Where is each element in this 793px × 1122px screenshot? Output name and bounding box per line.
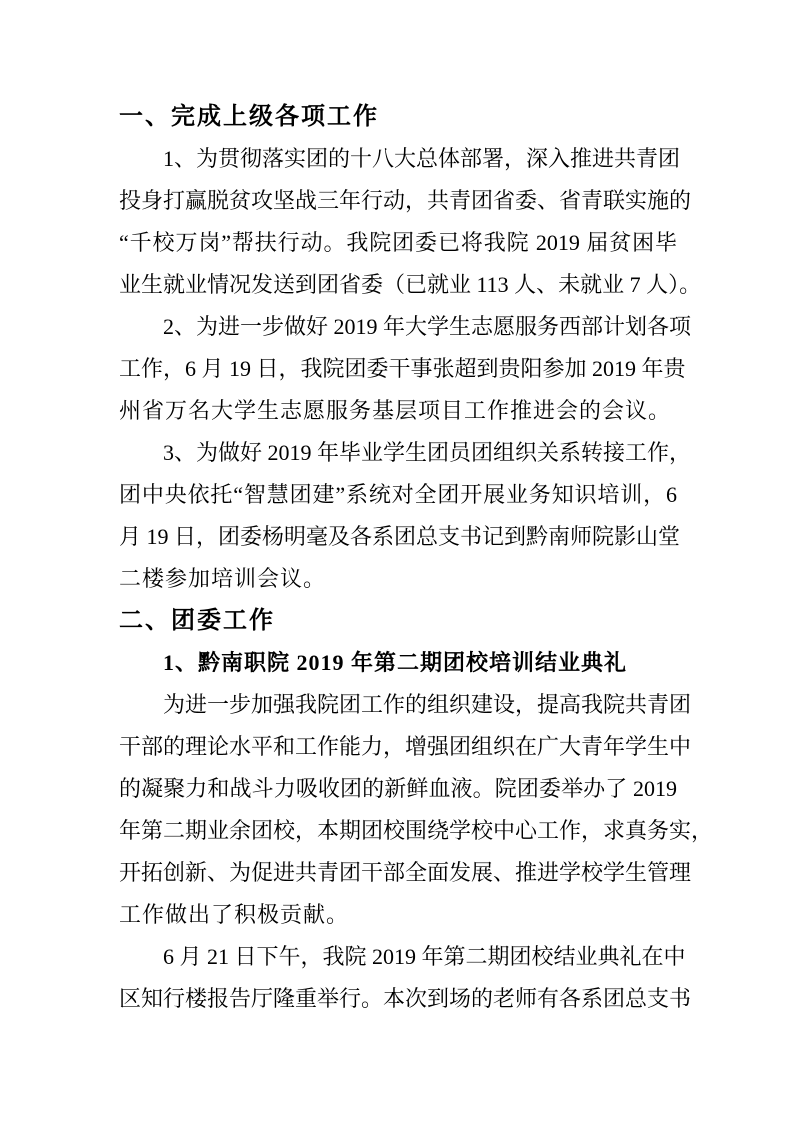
s2-para-2-line-2: 区知行楼报告厅隆重举行。本次到场的老师有各系团总支书 — [119, 978, 677, 1020]
text-block: 一、完成上级各项工作 1、为贯彻落实团的十八大总体部署，深入推进共青团 投身打赢… — [119, 96, 677, 1020]
section-2-subheading: 1、黔南职院 2019 年第二期团校培训结业典礼 — [119, 642, 677, 684]
s1-para-1-line-1: 1、为贯彻落实团的十八大总体部署，深入推进共青团 — [119, 138, 677, 180]
s2-para-1-line-1: 为进一步加强我院团工作的组织建设，提高我院共青团 — [119, 684, 677, 726]
s2-para-2-line-1: 6 月 21 日下午，我院 2019 年第二期团校结业典礼在中 — [119, 936, 677, 978]
s2-para-1-line-4: 年第二期业余团校，本期团校围绕学校中心工作，求真务实， — [119, 810, 677, 852]
s2-para-1-line-3: 的凝聚力和战斗力吸收团的新鲜血液。院团委举办了 2019 — [119, 768, 677, 810]
s1-para-1-line-3: “千校万岗”帮扶行动。我院团委已将我院 2019 届贫困毕 — [119, 222, 677, 264]
s1-para-2-line-1: 2、为进一步做好 2019 年大学生志愿服务西部计划各项 — [119, 306, 677, 348]
section-2-heading: 二、团委工作 — [119, 600, 677, 642]
s2-para-1-line-2: 干部的理论水平和工作能力，增强团组织在广大青年学生中 — [119, 726, 677, 768]
s1-para-3-line-2: 团中央依托“智慧团建”系统对全团开展业务知识培训，6 — [119, 474, 677, 516]
s1-para-3-line-1: 3、为做好 2019 年毕业学生团员团组织关系转接工作， — [119, 432, 677, 474]
s1-para-3-line-4: 二楼参加培训会议。 — [119, 558, 677, 600]
s1-para-1-line-2: 投身打赢脱贫攻坚战三年行动，共青团省委、省青联实施的 — [119, 180, 677, 222]
s1-para-3-line-3: 月 19 日，团委杨明毫及各系团总支书记到黔南师院影山堂 — [119, 516, 677, 558]
document-page: 一、完成上级各项工作 1、为贯彻落实团的十八大总体部署，深入推进共青团 投身打赢… — [0, 0, 793, 1122]
s2-para-1-line-6: 工作做出了积极贡献。 — [119, 894, 677, 936]
s1-para-2-line-2: 工作，6 月 19 日，我院团委干事张超到贵阳参加 2019 年贵 — [119, 348, 677, 390]
s1-para-1-line-4: 业生就业情况发送到团省委（已就业 113 人、未就业 7 人）。 — [119, 264, 677, 306]
s1-para-2-line-3: 州省万名大学生志愿服务基层项目工作推进会的会议。 — [119, 390, 677, 432]
section-1-heading: 一、完成上级各项工作 — [119, 96, 677, 138]
s2-para-1-line-5: 开拓创新、为促进共青团干部全面发展、推进学校学生管理 — [119, 852, 677, 894]
